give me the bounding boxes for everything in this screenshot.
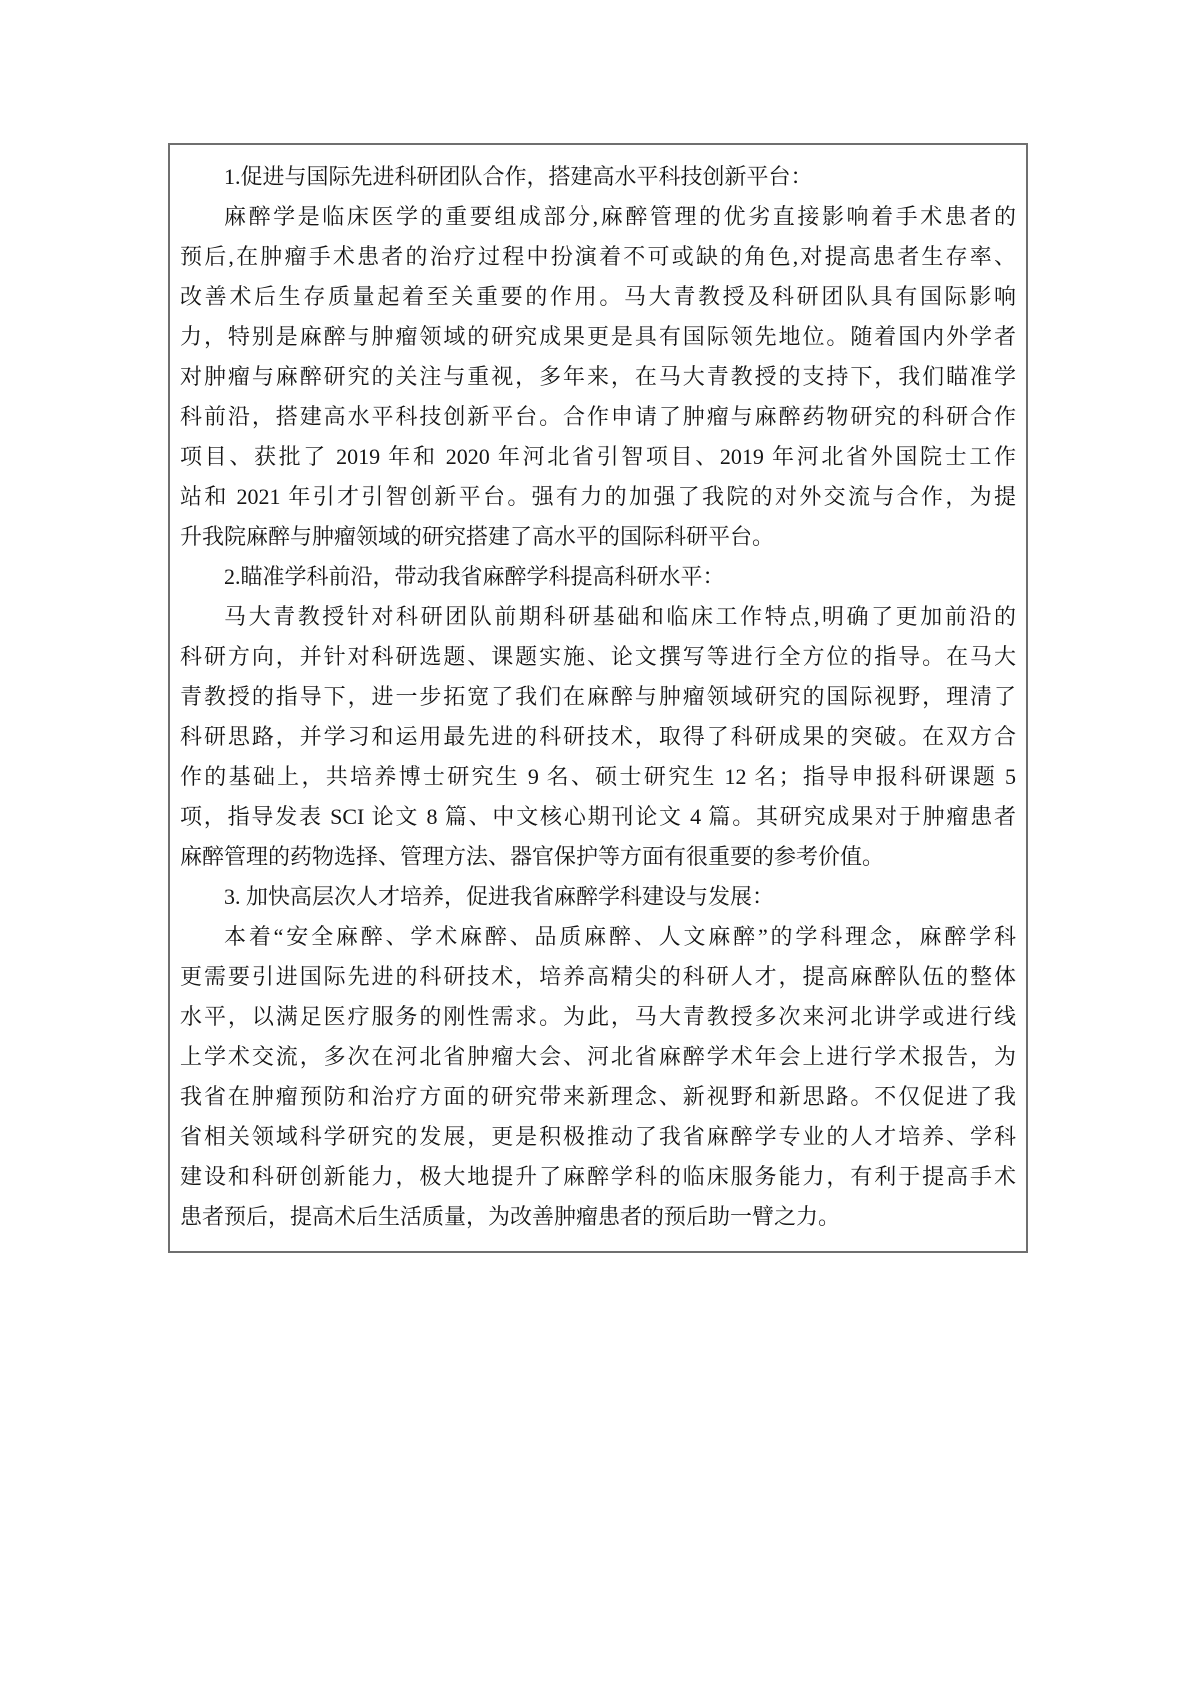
section-heading: 2.瞄准学科前沿，带动我省麻醉学科提高科研水平：	[180, 557, 1016, 597]
text-line: 2.瞄准学科前沿，带动我省麻醉学科提高科研水平：	[180, 557, 1016, 597]
text-line: 本着“安全麻醉、学术麻醉、品质麻醉、人文麻醉”的学科理念，麻醉学科	[180, 917, 1016, 957]
text-line: 患者预后，提高术后生活质量，为改善肿瘤患者的预后助一臂之力。	[180, 1197, 1016, 1237]
text-line: 升我院麻醉与肿瘤领域的研究搭建了高水平的国际科研平台。	[180, 517, 1016, 557]
text-line: 项，指导发表 SCI 论文 8 篇、中文核心期刊论文 4 篇。其研究成果对于肿瘤…	[180, 797, 1016, 837]
text-line: 青教授的指导下，进一步拓宽了我们在麻醉与肿瘤领域研究的国际视野，理清了	[180, 677, 1016, 717]
text-line: 3. 加快高层次人才培养，促进我省麻醉学科建设与发展：	[180, 877, 1016, 917]
text-line: 省相关领域科学研究的发展，更是积极推动了我省麻醉学专业的人才培养、学科	[180, 1117, 1016, 1157]
text-line: 预后,在肿瘤手术患者的治疗过程中扮演着不可或缺的角色,对提高患者生存率、	[180, 237, 1016, 277]
paragraph: 麻醉学是临床医学的重要组成部分,麻醉管理的优劣直接影响着手术患者的预后,在肿瘤手…	[180, 197, 1016, 557]
text-line: 科研思路，并学习和运用最先进的科研技术，取得了科研成果的突破。在双方合	[180, 717, 1016, 757]
text-line: 作的基础上，共培养博士研究生 9 名、硕士研究生 12 名；指导申报科研课题 5	[180, 757, 1016, 797]
text-line: 1.促进与国际先进科研团队合作，搭建高水平科技创新平台：	[180, 157, 1016, 197]
paragraph: 马大青教授针对科研团队前期科研基础和临床工作特点,明确了更加前沿的科研方向，并针…	[180, 597, 1016, 877]
text-line: 麻醉学是临床医学的重要组成部分,麻醉管理的优劣直接影响着手术患者的	[180, 197, 1016, 237]
text-line: 改善术后生存质量起着至关重要的作用。马大青教授及科研团队具有国际影响	[180, 277, 1016, 317]
text-line: 力，特别是麻醉与肿瘤领域的研究成果更是具有国际领先地位。随着国内外学者	[180, 317, 1016, 357]
text-line: 科前沿，搭建高水平科技创新平台。合作申请了肿瘤与麻醉药物研究的科研合作	[180, 397, 1016, 437]
paragraph: 本着“安全麻醉、学术麻醉、品质麻醉、人文麻醉”的学科理念，麻醉学科更需要引进国际…	[180, 917, 1016, 1237]
section-heading: 1.促进与国际先进科研团队合作，搭建高水平科技创新平台：	[180, 157, 1016, 197]
text-line: 对肿瘤与麻醉研究的关注与重视，多年来，在马大青教授的支持下，我们瞄准学	[180, 357, 1016, 397]
section-heading: 3. 加快高层次人才培养，促进我省麻醉学科建设与发展：	[180, 877, 1016, 917]
text-line: 水平，以满足医疗服务的刚性需求。为此，马大青教授多次来河北讲学或进行线	[180, 997, 1016, 1037]
text-line: 麻醉管理的药物选择、管理方法、器官保护等方面有很重要的参考价值。	[180, 837, 1016, 877]
text-line: 马大青教授针对科研团队前期科研基础和临床工作特点,明确了更加前沿的	[180, 597, 1016, 637]
text-line: 我省在肿瘤预防和治疗方面的研究带来新理念、新视野和新思路。不仅促进了我	[180, 1077, 1016, 1117]
text-line: 科研方向，并针对科研选题、课题实施、论文撰写等进行全方位的指导。在马大	[180, 637, 1016, 677]
text-line: 站和 2021 年引才引智创新平台。强有力的加强了我院的对外交流与合作，为提	[180, 477, 1016, 517]
text-line: 上学术交流，多次在河北省肿瘤大会、河北省麻醉学术年会上进行学术报告，为	[180, 1037, 1016, 1077]
text-line: 建设和科研创新能力，极大地提升了麻醉学科的临床服务能力，有利于提高手术	[180, 1157, 1016, 1197]
document-text-cell: 1.促进与国际先进科研团队合作，搭建高水平科技创新平台：麻醉学是临床医学的重要组…	[168, 143, 1028, 1253]
text-line: 更需要引进国际先进的科研技术，培养高精尖的科研人才，提高麻醉队伍的整体	[180, 957, 1016, 997]
text-line: 项目、获批了 2019 年和 2020 年河北省引智项目、2019 年河北省外国…	[180, 437, 1016, 477]
